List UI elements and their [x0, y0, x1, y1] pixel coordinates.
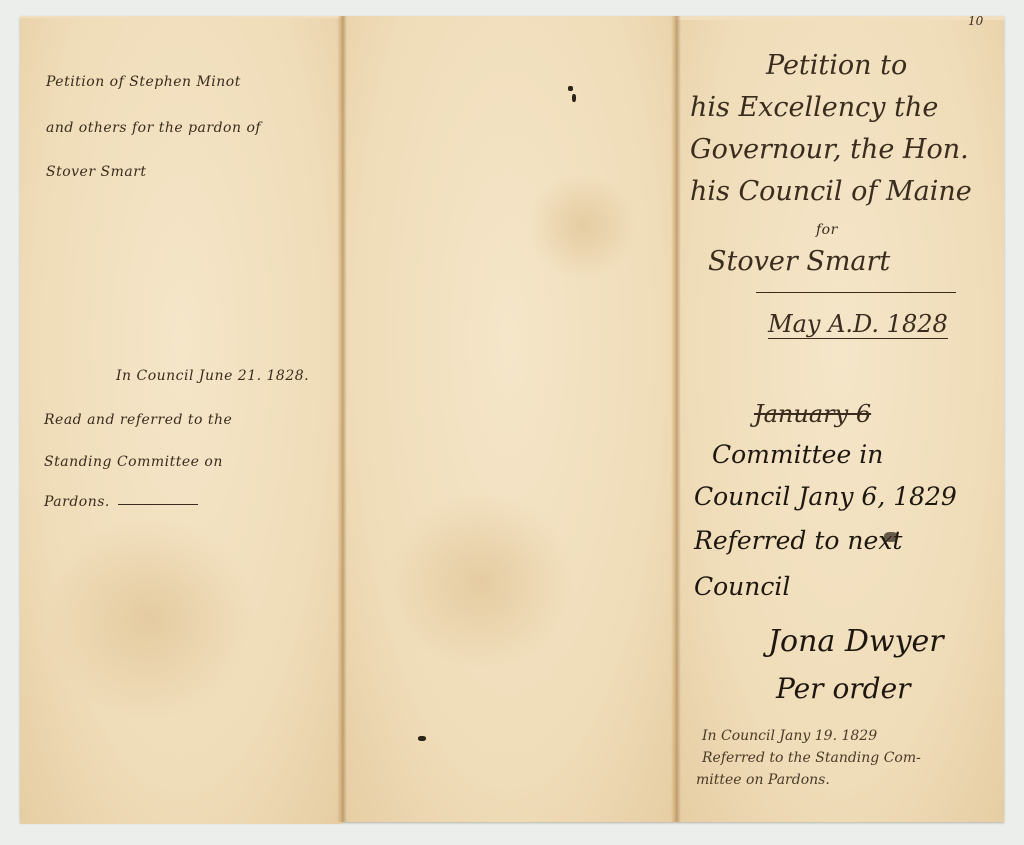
- council-note-line-1: In Council June 21. 1828.: [116, 368, 309, 384]
- council-note-line-4: Pardons.: [44, 494, 110, 510]
- paper-stain: [382, 496, 582, 666]
- docket-title-line-1: Petition of Stephen Minot: [46, 74, 241, 90]
- committee-note-line-2: Council Jany 6, 1829: [694, 482, 957, 511]
- address-line-4: his Council of Maine: [690, 176, 972, 207]
- final-note-line-3: mittee on Pardons.: [696, 772, 830, 788]
- flourish-rule: [118, 504, 198, 505]
- final-note-line-2: Referred to the Standing Com-: [702, 750, 921, 766]
- committee-note-line-1: Committee in: [712, 440, 883, 469]
- signature-suffix: Per order: [776, 672, 911, 705]
- petition-date: May A.D. 1828: [768, 310, 948, 339]
- manuscript-sheet: Petition of Stephen Minot and others for…: [20, 16, 1004, 822]
- ink-spot: [418, 736, 426, 741]
- paper-stain: [522, 176, 642, 276]
- address-line-1: Petition to: [766, 50, 907, 81]
- page-number: 10: [968, 14, 983, 28]
- fold-crease: [671, 16, 681, 822]
- final-note-line-1: In Council Jany 19. 1829: [702, 728, 877, 744]
- left-panel: Petition of Stephen Minot and others for…: [20, 18, 342, 824]
- struck-line: January 6: [754, 400, 871, 428]
- address-line-5: for: [816, 222, 838, 238]
- paper-stain: [40, 518, 260, 718]
- address-line-6: Stover Smart: [708, 246, 890, 277]
- ink-spot: [568, 86, 573, 91]
- ink-blot: [884, 532, 898, 542]
- ink-spot: [572, 94, 576, 102]
- middle-panel: [342, 16, 676, 822]
- flourish-rule: [756, 292, 956, 293]
- signature: Jona Dwyer: [768, 624, 944, 659]
- docket-title-line-3: Stover Smart: [46, 164, 147, 180]
- docket-title-line-2: and others for the pardon of: [46, 120, 261, 136]
- right-panel: 10 Petition to his Excellency the Govern…: [676, 20, 1004, 822]
- committee-note-line-3: Referred to next: [694, 526, 902, 555]
- address-line-2: his Excellency the: [690, 92, 938, 123]
- council-note-line-3: Standing Committee on: [44, 454, 223, 470]
- committee-note-line-4: Council: [694, 572, 790, 601]
- fold-crease: [337, 16, 347, 822]
- address-line-3: Governour, the Hon.: [690, 134, 969, 165]
- council-note-line-2: Read and referred to the: [44, 412, 232, 428]
